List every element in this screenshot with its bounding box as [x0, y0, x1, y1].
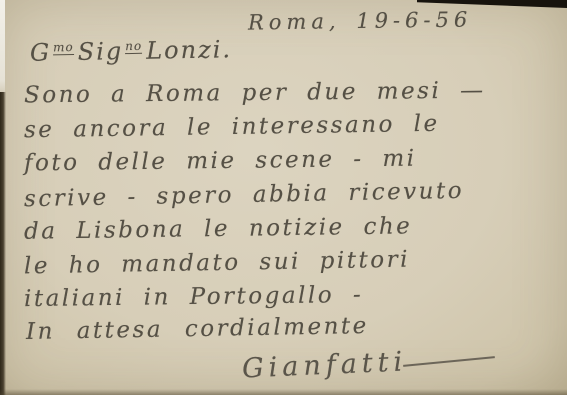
dark-background-top-edge: [417, 0, 567, 8]
closing-line: In attesa cordialmente: [26, 313, 369, 345]
signature-text: Gianfatti: [241, 346, 407, 384]
salutation-abbrev-no: no: [125, 39, 142, 54]
salutation: GmoSignoLonzi.: [30, 35, 232, 67]
salutation-abbrev-mo: mo: [53, 40, 74, 55]
card-bottom-edge-shadow: [0, 389, 567, 395]
dateline: Roma, 19-6-56: [248, 7, 473, 34]
handwriting-line: le ho mandato sui pittori: [24, 247, 410, 280]
handwriting-line: Sono a Roma per due mesi —: [24, 78, 486, 109]
handwriting-line: scrive - spero abbia ricevuto: [24, 178, 465, 212]
salutation-title: Sig: [78, 37, 124, 66]
photographed-handwritten-letter: Roma, 19-6-56 GmoSignoLonzi. Sono a Roma…: [0, 0, 567, 395]
handwriting-line: italiani in Portogallo -: [24, 282, 364, 312]
handwriting-line: foto delle mie scene - mi: [24, 146, 417, 177]
card-left-edge-shadow: [0, 92, 6, 395]
signature-flourish-stroke: [403, 356, 495, 367]
signature: Gianfatti: [241, 342, 495, 384]
handwriting-line: da Lisbona le notizie che: [24, 213, 413, 244]
salutation-initial: G: [30, 38, 52, 66]
handwriting-line: se ancora le interessano le: [24, 111, 440, 144]
salutation-name: Lonzi.: [146, 35, 232, 64]
card-left-edge-highlight: [0, 0, 5, 100]
